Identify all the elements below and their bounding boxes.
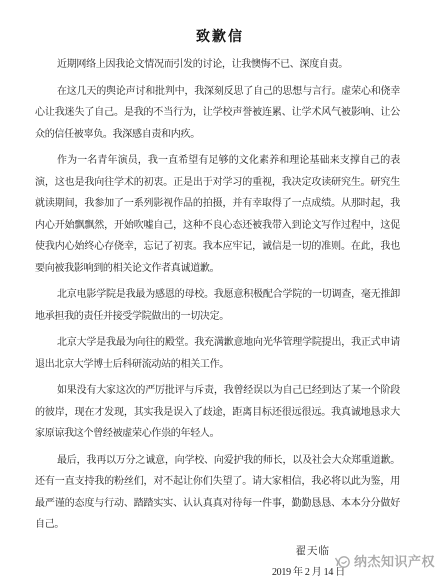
- najie-logo-icon: [334, 554, 351, 569]
- letter-paragraph: 如果没有大家这次的严厉批评与斥责，我曾经误以为自己已经到达了某一个阶段的彼岸，现…: [35, 380, 400, 445]
- letter-paragraph: 作为一名青年演员，我一直希望有足够的文化素养和理论基础来支撑自己的表演，这也是我…: [35, 150, 400, 279]
- letter-paragraph: 最后，我再以万分之诚意，向学校、向爱护我的师长，以及社会大众郑重道歉。还有一直支…: [35, 450, 400, 536]
- letter-paragraph: 近期网络上因我论文情况而引发的讨论，让我懊悔不已、深度自责。: [35, 54, 400, 76]
- apology-letter-page: 致歉信 近期网络上因我论文情况而引发的讨论，让我懊悔不已、深度自责。 在这几天的…: [0, 0, 440, 580]
- letter-paragraph: 北京大学是我最为向往的殿堂。我充满歉意地向光华管理学院提出，我正式申请退出北京大…: [35, 332, 400, 375]
- watermark-text: 纳杰知识产权: [354, 554, 435, 569]
- letter-paragraph: 在这几天的舆论声讨和批判中，我深刻反思了自己的思想与言行。虚荣心和侥幸心让我迷失…: [35, 81, 400, 146]
- letter-title: 致歉信: [0, 0, 440, 48]
- watermark: 纳杰知识产权: [334, 554, 435, 569]
- letter-body: 近期网络上因我论文情况而引发的讨论，让我懊悔不已、深度自责。 在这几天的舆论声讨…: [35, 54, 400, 580]
- letter-paragraph: 北京电影学院是我最为感恩的母校。我愿意积极配合学院的一切调查，毫无推卸地承担我的…: [35, 284, 400, 327]
